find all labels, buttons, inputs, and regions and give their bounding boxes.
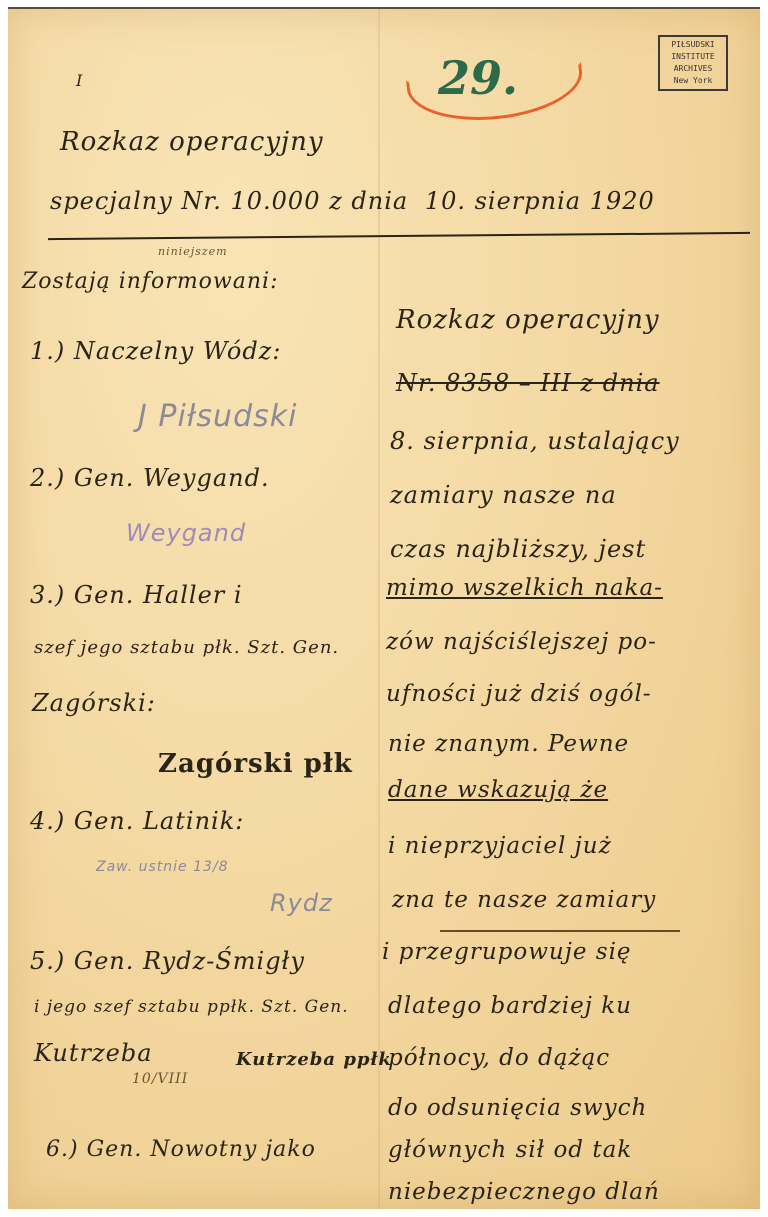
item-3: 3.) Gen. Haller i — [30, 581, 243, 609]
signature-rydz: Rydz — [270, 889, 333, 917]
header-prefix: specjalny Nr. 10.000 z dnia — [50, 187, 408, 215]
stamp-line: New York — [660, 75, 726, 87]
right-line: ufności już dziś ogól- — [386, 681, 652, 707]
item-4: 4.) Gen. Latinik: — [30, 807, 244, 835]
item-3-continuation2: Zagórski: — [32, 689, 156, 717]
underline — [440, 930, 680, 932]
signature-weygand: Weygand — [126, 519, 246, 547]
item-text: Gen. Haller i — [74, 581, 243, 609]
item-number: 2.) — [30, 464, 65, 492]
item-text: Gen. Rydz-Śmigły — [74, 947, 305, 975]
header-date: 10. sierpnia 1920 — [425, 187, 655, 215]
item-5-continuation2: Kutrzeba — [34, 1039, 153, 1067]
item-number: 1.) — [30, 337, 65, 365]
header-title: Rozkaz operacyjny — [60, 127, 324, 157]
right-line: niebezpiecznego dlań — [388, 1179, 660, 1205]
document-page: I 29. PIŁSUDSKI INSTITUTE ARCHIVES New Y… — [8, 7, 760, 1209]
intro-text: Zostają informowani: — [22, 269, 279, 294]
item-number: 6.) — [46, 1137, 79, 1162]
right-line: północy, do dążąc — [388, 1045, 610, 1071]
item-5: 5.) Gen. Rydz-Śmigły — [30, 947, 305, 975]
right-line: nie znanym. Pewne — [388, 731, 629, 757]
pencil-note: Zaw. ustnie 13/8 — [96, 859, 229, 875]
right-line: i przegrupowuje się — [382, 939, 632, 965]
item-text: Gen. Latinik: — [74, 807, 244, 835]
item-2: 2.) Gen. Weygand. — [30, 464, 270, 492]
right-line: dlatego bardziej ku — [388, 993, 632, 1019]
archive-number: 29. — [438, 51, 518, 105]
right-line: zamiary nasze na — [390, 481, 617, 509]
item-number: 3.) — [30, 581, 65, 609]
item-3-continuation: szef jego sztabu płk. Szt. Gen. — [34, 637, 339, 658]
signature-kutrzeba: Kutrzeba ppłk — [236, 1049, 392, 1070]
right-line: 8. sierpnia, ustalający — [390, 427, 680, 455]
corner-mark: I — [76, 71, 83, 90]
right-line: Nr. 8358 – III z dnia — [396, 369, 660, 397]
header-rule — [48, 232, 750, 240]
archive-stamp: PIŁSUDSKI INSTITUTE ARCHIVES New York — [658, 35, 728, 91]
stamp-line: INSTITUTE — [660, 51, 726, 63]
right-line: mimo wszelkich naka- — [386, 575, 663, 601]
right-line: czas najbliższy, jest — [390, 535, 646, 563]
item-text: Gen. Weygand. — [74, 464, 270, 492]
right-line: i nieprzyjaciel już — [388, 833, 612, 859]
right-line: do odsunięcia swych — [388, 1095, 647, 1121]
item-6: 6.) Gen. Nowotny jako — [46, 1137, 316, 1162]
header-subtitle: specjalny Nr. 10.000 z dnia 10. sierpnia… — [50, 187, 655, 215]
item-number: 4.) — [30, 807, 65, 835]
item-5-continuation: i jego szef sztabu ppłk. Szt. Gen. — [34, 997, 349, 1017]
right-line: głównych sił od tak — [388, 1137, 632, 1163]
stamp-line: PIŁSUDSKI — [660, 39, 726, 51]
right-line: zna te nasze zamiary — [392, 887, 656, 913]
item-number: 5.) — [30, 947, 65, 975]
stamp-line: ARCHIVES — [660, 63, 726, 75]
signature-zagorski: Zagórski płk — [158, 749, 353, 779]
right-line: zów najściślejszej po- — [386, 629, 657, 655]
item-text: Gen. Nowotny jako — [87, 1137, 316, 1162]
signature-pilsudski: J Piłsudski — [138, 399, 297, 434]
insertion-note: niniejszem — [158, 245, 228, 258]
right-line: dane wskazują że — [388, 777, 608, 803]
item-text: Naczelny Wódz: — [74, 337, 282, 365]
right-line: Rozkaz operacyjny — [396, 305, 660, 335]
date-note: 10/VIII — [132, 1071, 188, 1087]
item-1: 1.) Naczelny Wódz: — [30, 337, 281, 365]
